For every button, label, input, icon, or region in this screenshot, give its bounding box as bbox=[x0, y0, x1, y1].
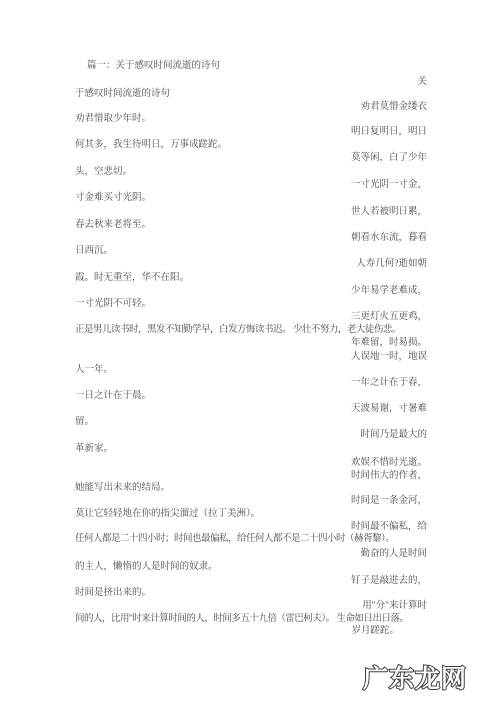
text-line: 三更灯火五更鸡， bbox=[351, 312, 427, 323]
text-line: 人误地一时，地误 bbox=[351, 352, 427, 363]
text-line: 寸金难买寸光阴。 bbox=[75, 193, 151, 204]
text-line: 欢娱不惜时光逝。 bbox=[351, 458, 427, 469]
text-line: 一年之计在于春， bbox=[351, 378, 427, 389]
text-line: 霞。时无重至，华不在阳。 bbox=[75, 273, 189, 284]
text-line: 于感叹时间流逝的诗句 bbox=[75, 89, 170, 100]
text-line: 关 bbox=[417, 77, 427, 88]
text-line: 勤奋的人是时间 bbox=[360, 549, 427, 560]
text-line: 正是男儿读书时，黑发不知勤学早，白发方悔读书迟。 少壮不努力，老大徒伤悲。 bbox=[75, 325, 401, 336]
text-line: 她能写出未来的结局。 bbox=[75, 483, 170, 494]
text-line: 用"分"来计算时 bbox=[362, 601, 427, 612]
text-line: 时间是挤出来的。 bbox=[75, 588, 151, 599]
text-line: 一寸光阴一寸金， bbox=[351, 180, 427, 191]
text-line: 革新家。 bbox=[75, 444, 113, 455]
text-line: 一日之计在于晨。 bbox=[75, 391, 151, 402]
text-line: 留。 bbox=[75, 417, 94, 428]
text-line: 莫等闲，白了少年 bbox=[351, 153, 427, 164]
document-page: 篇一：关于感叹时间流逝的诗句关于感叹时间流逝的诗句劝君莫惜金缕衣劝君惜取少年时。… bbox=[0, 0, 500, 707]
text-line: 时间乃是最大的 bbox=[360, 430, 427, 441]
text-line: 明日复明日，明日 bbox=[351, 127, 427, 138]
text-line: 一寸光阴不可轻。 bbox=[75, 299, 151, 310]
text-line: 钉子是敲进去的， bbox=[351, 576, 427, 587]
text-line: 岁月蹉跎。 bbox=[351, 626, 399, 637]
text-line: 篇一：关于感叹时间流逝的诗句 bbox=[87, 61, 220, 72]
text-line: 春去秋来老将至。 bbox=[75, 220, 151, 231]
watermark: 广东龙网 bbox=[363, 659, 467, 695]
text-line: 任何人都是二十四小时；时间也最偏私，给任何人都不是二十四小时（赫胥黎）。 bbox=[75, 534, 394, 545]
text-line: 人一年。 bbox=[75, 365, 113, 376]
text-line: 何其多，我生待明日，万事成蹉跎。 bbox=[75, 140, 227, 151]
text-line: 年难留，时易损。 bbox=[351, 338, 427, 349]
text-line: 间的人，比用"时来计算时间的人，时间多五十九倍（雷巴柯夫）。 生命如日出日落。 bbox=[75, 614, 409, 625]
text-line: 劝君莫惜金缕衣 bbox=[360, 102, 427, 113]
text-line: 时间最不偏私，给 bbox=[351, 522, 427, 533]
text-line: 的主人，懒惰的人是时间的奴隶。 bbox=[75, 562, 218, 573]
text-line: 日西沉。 bbox=[75, 246, 113, 257]
text-line: 莫让它轻轻地在你的指尖溜过（拉丁美洲）。 bbox=[75, 509, 260, 520]
text-line: 头，空悲切。 bbox=[75, 167, 132, 178]
text-line: 劝君惜取少年时。 bbox=[75, 114, 151, 125]
text-line: 时间伟大的作者， bbox=[351, 471, 427, 482]
text-line: 天波易谢，寸暑难 bbox=[351, 404, 427, 415]
text-line: 时间是一条金河， bbox=[351, 496, 427, 507]
text-line: 少年易学老难成， bbox=[351, 286, 427, 297]
text-line: 世人若被明日累， bbox=[351, 207, 427, 218]
text-line: 人寿几何?逝如朝 bbox=[356, 259, 427, 270]
text-line: 朝看水东流，暮看 bbox=[351, 233, 427, 244]
